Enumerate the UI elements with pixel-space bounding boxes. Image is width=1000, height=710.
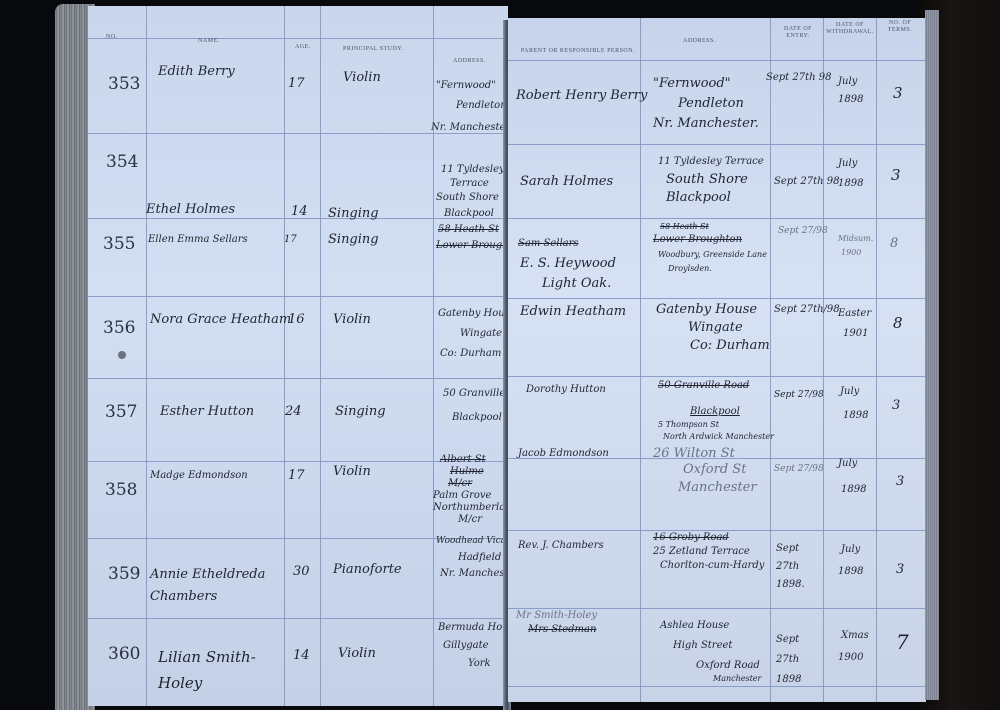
parent-address-line: Co: Durham xyxy=(690,338,770,353)
student-age: 14 xyxy=(293,648,310,663)
withdrawal-line: 1900 xyxy=(838,652,863,663)
parent-address-struck: 50 Granville Road xyxy=(658,380,749,391)
parent-name-struck: Mrs Stedman xyxy=(528,624,596,635)
header-name: Name. xyxy=(198,38,220,45)
student-age: 14 xyxy=(291,204,308,219)
address-line: Wingate xyxy=(460,328,502,339)
address-line-struck: Hulme xyxy=(450,466,484,477)
header-no: No. xyxy=(106,34,118,41)
parent-address-line: South Shore xyxy=(666,172,748,187)
principal-study: Violin xyxy=(333,312,371,327)
parent-address-line: Droylsden. xyxy=(668,264,712,273)
entry-number: 354 xyxy=(106,152,138,172)
header-address: Address. xyxy=(453,58,486,65)
address-line: Co: Durham xyxy=(440,348,501,359)
student-name: Lilian Smith-Holey xyxy=(158,644,278,696)
parent-address-line: Blackpool xyxy=(666,190,731,205)
number-of-terms: 3 xyxy=(893,84,903,102)
address-line: York xyxy=(468,658,491,669)
withdrawal-line: Xmas xyxy=(841,630,869,641)
number-of-terms: 3 xyxy=(891,166,901,184)
number-of-terms: 3 xyxy=(896,562,904,577)
header-parent: Parent or Responsible Person. xyxy=(518,48,638,55)
principal-study: Pianoforte xyxy=(333,562,402,577)
address-line: Palm Grove xyxy=(433,490,491,501)
student-name: Nora Grace Heatham xyxy=(150,312,291,327)
student-name: Esther Hutton xyxy=(160,404,254,419)
student-name: Madge Edmondson xyxy=(150,470,248,481)
parent-extra: Light Oak. xyxy=(542,276,611,291)
address-line: Pendleton xyxy=(456,100,507,111)
header-no-of-terms: No. of Terms. xyxy=(880,20,920,34)
parent-address-line: Ashlea House xyxy=(660,620,729,631)
date-of-entry: Sept 27/98 xyxy=(774,464,824,474)
withdrawal-line: July xyxy=(838,76,857,87)
parent-address-struck: 16 Groby Road xyxy=(653,532,729,543)
address-line-struck: 58 Heath St xyxy=(438,224,499,235)
address-line-struck: M/cr xyxy=(448,478,472,489)
principal-study: Singing xyxy=(328,206,379,221)
parent-name: Sarah Holmes xyxy=(520,174,613,189)
parent-address-line: "Fernwood" xyxy=(653,76,731,91)
student-name: Ethel Holmes xyxy=(146,202,235,217)
entry-number: 358 xyxy=(105,480,137,500)
parent-address-line: Gatenby House xyxy=(656,302,757,317)
parent-name: Mr Smith-Holey xyxy=(516,610,597,621)
withdrawal-line: 1898 xyxy=(838,94,863,105)
address-line: Blackpool xyxy=(452,412,502,423)
principal-study: Singing xyxy=(335,404,386,419)
parent-address-line: 25 Zetland Terrace xyxy=(653,546,750,557)
number-of-terms: 8 xyxy=(893,314,903,332)
student-age: 30 xyxy=(293,564,310,579)
principal-study: Violin xyxy=(343,70,381,85)
entry-number: 360 xyxy=(108,644,140,664)
address-line: South Shore xyxy=(436,192,499,203)
withdrawal-line: 1898 xyxy=(843,410,868,421)
address-line: 11 Tyldesley xyxy=(441,164,505,175)
parent-name: E. S. Heywood xyxy=(520,256,616,271)
header-date-of-withdrawal: Date of Withdrawal. xyxy=(826,22,874,36)
principal-study: Singing xyxy=(328,232,379,247)
parent-address-line: 26 Wilton St xyxy=(653,446,735,461)
student-age: 17 xyxy=(288,76,305,91)
withdrawal-line: 1900 xyxy=(841,248,861,257)
student-age: 16 xyxy=(288,312,305,327)
withdrawal-line: July xyxy=(838,458,857,469)
student-name: Annie Etheldreda Chambers xyxy=(150,564,280,608)
parent-address-struck: 58 Heath St xyxy=(660,222,709,231)
parent-address-line: Manchester xyxy=(713,674,761,683)
parent-address-line: Manchester xyxy=(678,480,757,495)
parent-address-line: Oxford Road xyxy=(696,660,760,671)
parent-address-line: 11 Tyldesley Terrace xyxy=(658,156,764,167)
principal-study: Violin xyxy=(333,464,371,479)
withdrawal-line: 1901 xyxy=(843,328,868,339)
entry-number: 355 xyxy=(103,234,135,254)
withdrawal-line: July xyxy=(838,158,857,169)
address-line: Nr. Manchester xyxy=(431,122,510,133)
date-of-entry: Sept 27th 98 xyxy=(766,72,831,83)
header-date-of-entry: Date of Entry. xyxy=(776,26,820,40)
right-page: Parent or Responsible Person. Address. D… xyxy=(508,18,926,702)
withdrawal-line: 1898 xyxy=(841,484,866,495)
withdrawal-line: July xyxy=(841,544,860,555)
parent-address-struck: Blackpool xyxy=(690,406,740,417)
parent-address-line: Oxford St xyxy=(683,462,746,477)
entry-number: 357 xyxy=(105,402,137,422)
header-age: Age. xyxy=(295,44,311,51)
number-of-terms: 3 xyxy=(896,474,904,489)
parent-address-line: Chorlton-cum-Hardy xyxy=(660,560,764,571)
address-line: Terrace xyxy=(450,178,489,189)
student-age: 24 xyxy=(285,404,302,419)
header-parent-address: Address. xyxy=(683,38,716,45)
address-line: Blackpool xyxy=(444,208,494,219)
parent-name: Rev. J. Chambers xyxy=(518,540,604,551)
parent-name: Jacob Edmondson xyxy=(518,448,609,459)
entry-number: 359 xyxy=(108,564,140,584)
address-line: Hadfield xyxy=(458,552,501,563)
parent-name: Edwin Heatham xyxy=(520,304,626,319)
date-of-entry: Sept 27th 98 xyxy=(774,176,839,187)
address-line-struck: Albert St xyxy=(440,454,486,465)
withdrawal-line: Midsum. xyxy=(838,234,873,243)
parent-address-struck: Lower Broughton xyxy=(653,234,742,245)
date-of-entry: Sept 27th 1898 xyxy=(776,630,824,690)
student-age: 17 xyxy=(288,468,305,483)
page-edges-right xyxy=(925,10,939,700)
parent-name-struck: Sam Sellars xyxy=(518,238,579,249)
parent-address-line: Woodbury, Greenside Lane xyxy=(658,250,767,259)
principal-study: Violin xyxy=(338,646,376,661)
student-age: 17 xyxy=(284,234,297,245)
number-of-terms: 3 xyxy=(892,398,900,413)
student-name: Edith Berry xyxy=(158,64,235,79)
withdrawal-line: July xyxy=(840,386,859,397)
ink-blot xyxy=(118,351,126,359)
date-of-entry: Sept 27th/98 xyxy=(774,304,840,315)
parent-address-line: Nr. Manchester. xyxy=(653,116,759,131)
date-of-entry: Sept 27th 1898. xyxy=(776,540,824,594)
parent-address-line: Wingate xyxy=(688,320,743,335)
date-of-entry: Sept 27/98 xyxy=(778,226,828,236)
date-of-entry: Sept 27/98 xyxy=(774,390,824,400)
parent-name: Dorothy Hutton xyxy=(526,384,606,395)
left-page: No. Name. Age. Principal Study. Address.… xyxy=(88,6,508,706)
number-of-terms: 7 xyxy=(896,630,909,654)
number-of-terms: 8 xyxy=(890,236,898,251)
entry-number: 353 xyxy=(108,74,140,94)
withdrawal-line: Easter xyxy=(838,308,871,319)
parent-address-line: 5 Thompson St xyxy=(658,420,719,429)
address-line: "Fernwood" xyxy=(436,80,496,91)
parent-address-line: North Ardwick Manchester xyxy=(663,432,774,441)
entry-number: 356 xyxy=(103,318,135,338)
parent-address-line: High Street xyxy=(673,640,732,651)
address-line: M/cr xyxy=(458,514,482,525)
parent-name: Robert Henry Berry xyxy=(516,88,647,103)
header-principal-study: Principal Study. xyxy=(343,46,403,53)
address-line: Gillygate xyxy=(443,640,489,651)
withdrawal-line: 1898 xyxy=(838,178,863,189)
withdrawal-line: 1898 xyxy=(838,566,863,577)
parent-address-line: Pendleton xyxy=(678,96,744,111)
student-name: Ellen Emma Sellars xyxy=(148,234,248,245)
